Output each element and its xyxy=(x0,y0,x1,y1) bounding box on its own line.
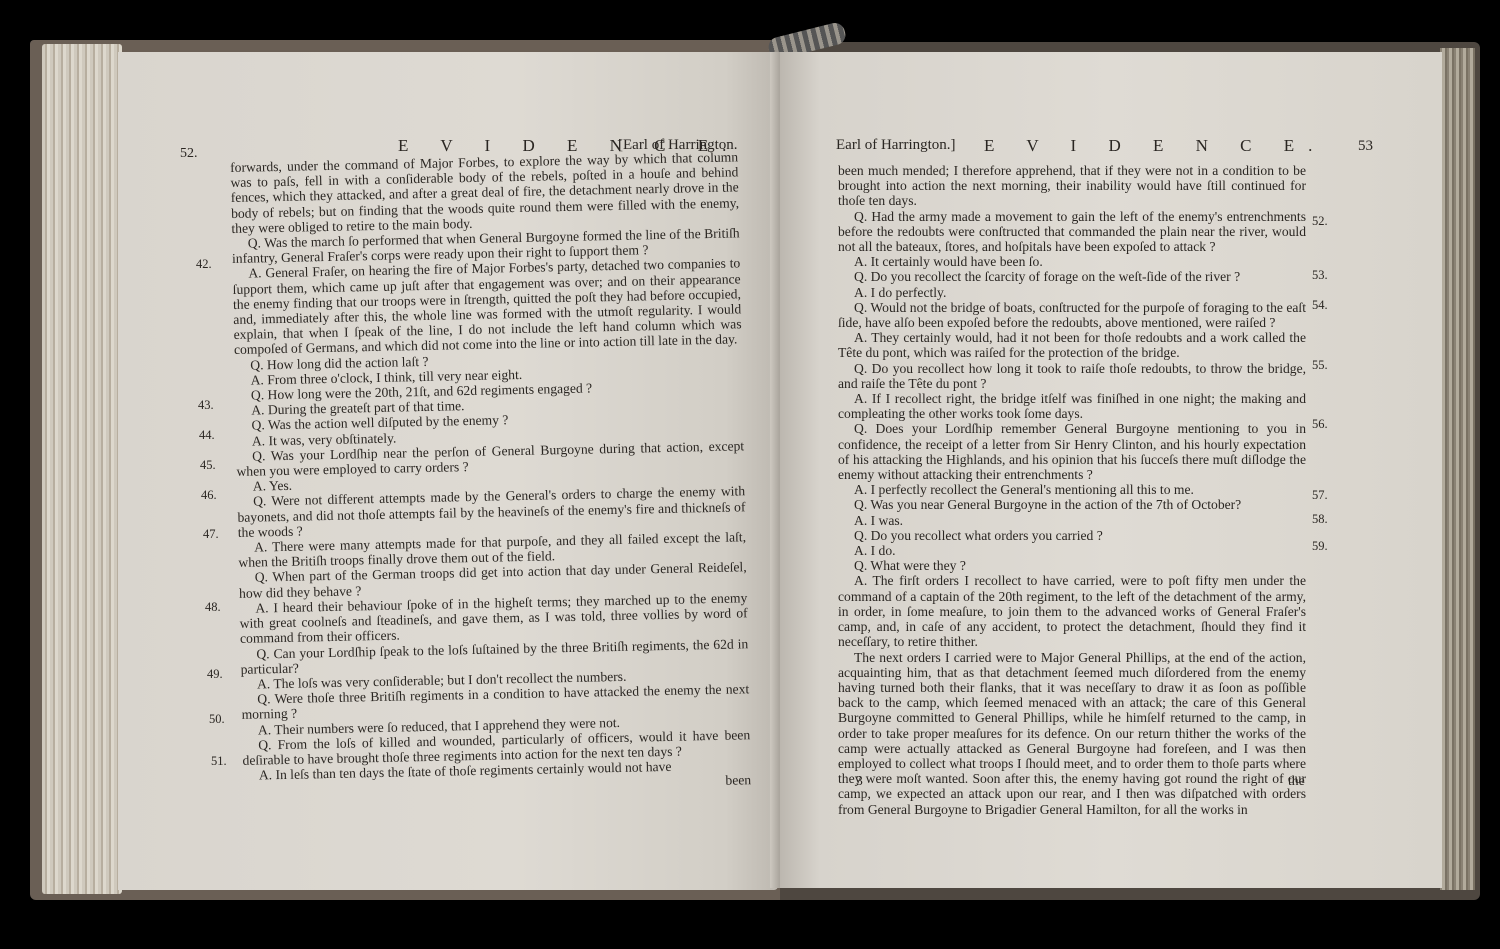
question-number: 42. xyxy=(196,257,212,272)
answer: A. I do. xyxy=(838,543,1306,558)
left-page-body: forwards, under the command of Major For… xyxy=(230,149,751,798)
question-number: 54. xyxy=(1312,298,1328,313)
question-number: 55. xyxy=(1312,358,1328,373)
answer: A. I was. xyxy=(838,513,1306,528)
right-page-body: been much mended; I therefore apprehend,… xyxy=(838,163,1306,817)
answer: A. They certainly would, had it not been… xyxy=(838,330,1306,360)
paragraph: forwards, under the command of Major For… xyxy=(230,149,739,236)
question: Q. Had the army made a movement to gain … xyxy=(838,209,1306,255)
question-number: 48. xyxy=(205,600,221,615)
right-running-title: E V I D E N C E. xyxy=(984,136,1326,156)
question: Q. What were they ? xyxy=(838,558,1306,573)
question-number: 58. xyxy=(1312,512,1328,527)
question-number: 46. xyxy=(201,488,217,503)
signature-mark: 3 xyxy=(856,773,863,789)
question-number: 51. xyxy=(211,754,227,769)
question-number: 43. xyxy=(198,398,214,413)
question-number: 56. xyxy=(1312,417,1328,432)
page-edges-right xyxy=(1440,48,1475,890)
open-book: 52. E V I D E N C E. [Earl of Harrington… xyxy=(0,0,1500,949)
question: Q. Would not the bridge of boats, conſtr… xyxy=(838,300,1306,330)
right-running-head: Earl of Harrington.] xyxy=(836,137,956,154)
answer: A. The firſt orders I recollect to have … xyxy=(838,573,1306,649)
question-number: 52. xyxy=(1312,214,1328,229)
question: Q. Do you recollect what orders you carr… xyxy=(838,528,1306,543)
question: Q. Was you near General Burgoyne in the … xyxy=(838,497,1306,512)
question-number: 49. xyxy=(207,667,223,682)
question-number: 50. xyxy=(209,712,225,727)
right-page-number: 53 xyxy=(1358,138,1373,155)
question-number: 53. xyxy=(1312,268,1328,283)
question-number: 59. xyxy=(1312,539,1328,554)
question: Q. Does your Lordſhip remember General B… xyxy=(838,421,1306,482)
page-edges-left xyxy=(42,44,122,894)
question-number: 57. xyxy=(1312,488,1328,503)
catchword: the xyxy=(1288,773,1305,789)
paragraph: been much mended; I therefore apprehend,… xyxy=(838,163,1306,209)
question-number: 47. xyxy=(203,527,219,542)
answer-continued: The next orders I carried were to Major … xyxy=(838,650,1306,817)
answer: A. General Fraſer, on hearing the fire o… xyxy=(232,256,742,358)
question-number: 45. xyxy=(200,458,216,473)
answer: A. I do perfectly. xyxy=(838,285,1306,300)
answer: A. It certainly would have been ſo. xyxy=(838,254,1306,269)
answer: A. I perfectly recollect the General's m… xyxy=(838,482,1306,497)
question: Q. Do you recollect how long it took to … xyxy=(838,361,1306,391)
question: Q. Do you recollect the ſcarcity of fora… xyxy=(838,269,1306,284)
question-number: 44. xyxy=(199,428,215,443)
answer: A. If I recollect right, the bridge itſe… xyxy=(838,391,1306,421)
left-page-number: 52. xyxy=(180,146,198,162)
